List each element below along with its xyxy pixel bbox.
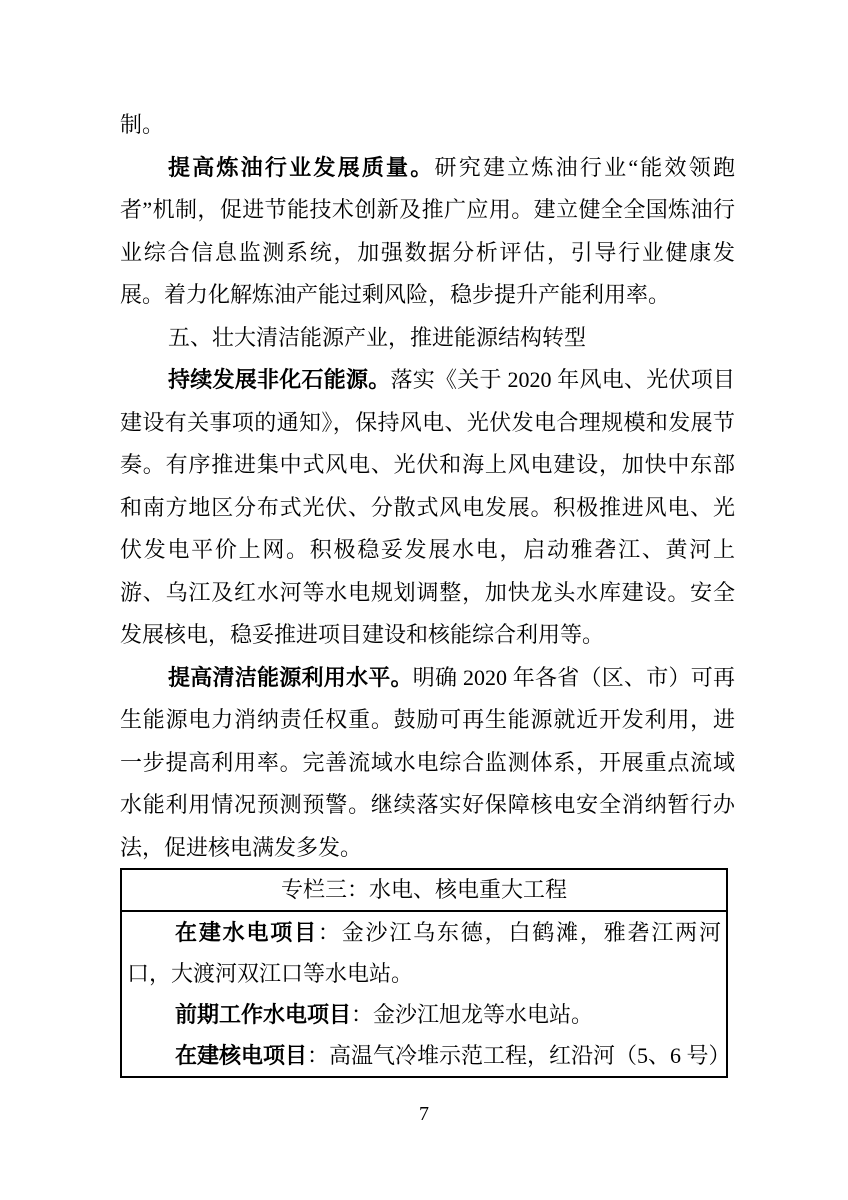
paragraph-nonfossil-text: 落实《关于 2020 年风电、光伏项目建设有关事项的通知》，保持风电、光伏发电合… xyxy=(120,367,735,647)
callout-box-body: 在建水电项目：金沙江乌东德，白鹤滩，雅砻江两河口，大渡河双江口等水电站。 前期工… xyxy=(122,912,726,1076)
paragraph-continuation: 制。 xyxy=(120,104,735,147)
section-heading: 五、壮大清洁能源产业，推进能源结构转型 xyxy=(120,317,735,360)
paragraph-nonfossil-lead: 持续发展非化石能源。 xyxy=(168,367,391,392)
callout-item-hydro-preliminary-text: ：金沙江旭龙等水电站。 xyxy=(351,1002,593,1027)
paragraph-utilization-lead: 提高清洁能源利用水平。 xyxy=(168,665,413,690)
document-body: 制。 提高炼油行业发展质量。研究建立炼油行业“能效领跑者”机制，促进节能技术创新… xyxy=(120,104,735,869)
callout-item-hydro-preliminary: 前期工作水电项目：金沙江旭龙等水电站。 xyxy=(127,994,721,1035)
callout-item-hydro-preliminary-label: 前期工作水电项目 xyxy=(175,1002,351,1027)
paragraph-nonfossil-energy: 持续发展非化石能源。落实《关于 2020 年风电、光伏项目建设有关事项的通知》，… xyxy=(120,359,735,657)
callout-item-nuclear-under-construction-text: ：高温气冷堆示范工程，红沿河（5、6 号），福清 xyxy=(307,1043,721,1068)
paragraph-refining-quality: 提高炼油行业发展质量。研究建立炼油行业“能效领跑者”机制，促进节能技术创新及推广… xyxy=(120,147,735,317)
document-page: 制。 提高炼油行业发展质量。研究建立炼油行业“能效领跑者”机制，促进节能技术创新… xyxy=(0,0,848,1200)
callout-item-nuclear-under-construction-label: 在建核电项目 xyxy=(175,1043,307,1068)
paragraph-refining-lead: 提高炼油行业发展质量。 xyxy=(168,155,435,180)
callout-item-hydro-under-construction-label: 在建水电项目 xyxy=(175,920,318,945)
paragraph-clean-energy-utilization: 提高清洁能源利用水平。明确 2020 年各省（区、市）可再生能源电力消纳责任权重… xyxy=(120,657,735,870)
callout-box-title: 专栏三：水电、核电重大工程 xyxy=(122,870,726,912)
callout-box-hydro-nuclear-projects: 专栏三：水电、核电重大工程 在建水电项目：金沙江乌东德，白鹤滩，雅砻江两河口，大… xyxy=(120,868,728,1078)
callout-item-nuclear-under-construction: 在建核电项目：高温气冷堆示范工程，红沿河（5、6 号），福清 xyxy=(127,1035,721,1076)
callout-item-hydro-under-construction: 在建水电项目：金沙江乌东德，白鹤滩，雅砻江两河口，大渡河双江口等水电站。 xyxy=(127,912,721,994)
paragraph-utilization-text: 明确 2020 年各省（区、市）可再生能源电力消纳责任权重。鼓励可再生能源就近开… xyxy=(120,665,735,860)
page-number: 7 xyxy=(0,1101,848,1127)
